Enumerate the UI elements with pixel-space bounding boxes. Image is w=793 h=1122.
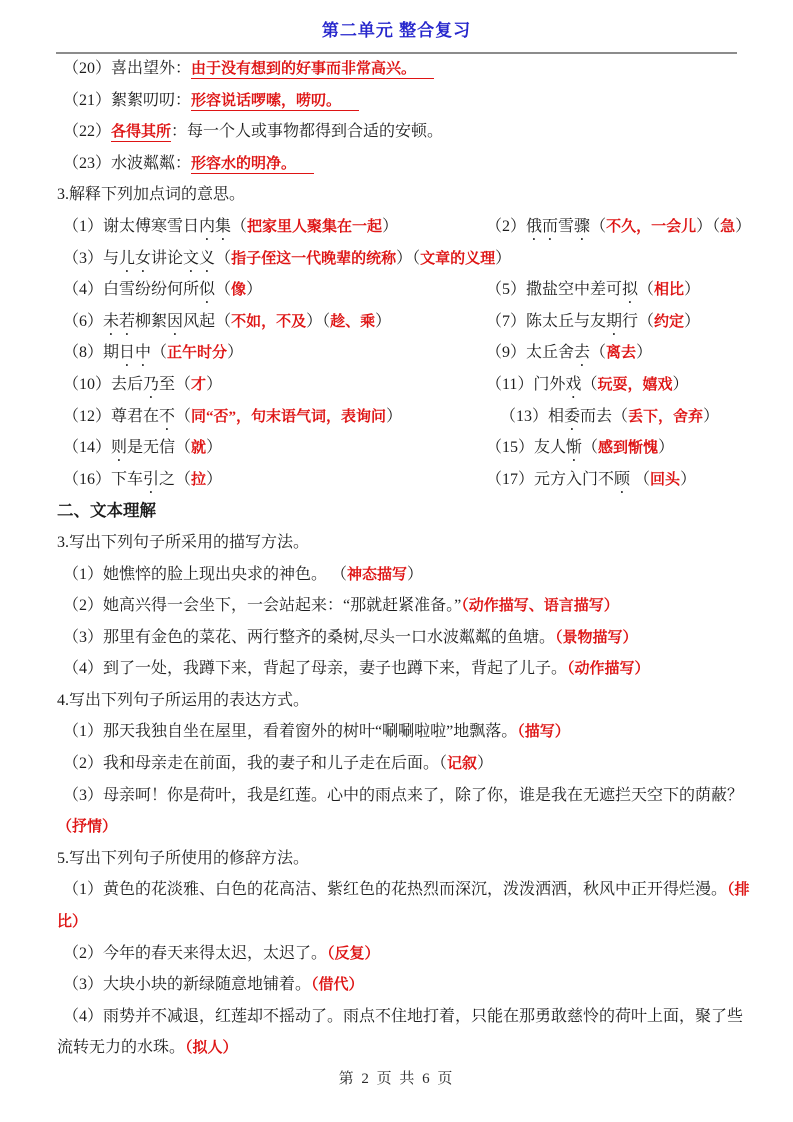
text-run: 柳絮 <box>135 313 167 330</box>
answer-text: 神态描写 <box>347 567 407 583</box>
text-run: （7）陈太丘与友 <box>486 313 606 330</box>
dotted-word: 拟 <box>622 281 638 298</box>
answer-text: 不久，一会儿 <box>606 219 696 235</box>
text-run: 雪 <box>558 218 574 235</box>
answer-text: （抒情） <box>57 819 117 835</box>
text-run: （15）友人 <box>486 439 566 456</box>
dotted-word: 则 <box>111 439 127 456</box>
text-run: （2）我和母亲走在前面，我的妻子和儿子走在后面。（ <box>63 755 447 772</box>
row-left-cell: （6）未若柳絮因风起（不如，不及）（趁、乘） <box>63 306 486 339</box>
doc-line: （3）母亲呵！你是荷叶，我是红莲。心中的雨点来了，除了你，谁是我在无遮拦天空下的… <box>57 780 736 812</box>
text-run: （ <box>590 218 606 235</box>
answer-definition-underlined: 形容水的明净。 <box>191 156 314 174</box>
text-run: 3.解释下列加点词的意思。 <box>57 186 245 203</box>
doc-line: 5.写出下列句子所使用的修辞方法。 <box>57 843 736 875</box>
text-run: （5）撒盐空中差可 <box>486 281 622 298</box>
text-run: （4）雨势并不减退，红莲却不摇动了。雨点不住地打着，只能在那勇敢慈怜的荷叶上面，… <box>63 1008 743 1025</box>
row-left-cell: （14）则是无信（就） <box>63 432 486 465</box>
text-run: 5.写出下列句子所使用的修辞方法。 <box>57 850 309 867</box>
answer-text: （景物描写） <box>555 630 638 646</box>
doc-line: （3）与儿女讲论文义（指子侄这一代晚辈的统称）（文章的义理） <box>57 243 736 275</box>
text-run: ） <box>658 439 674 456</box>
doc-line: （2）今年的春天来得太迟，太迟了。（反复） <box>57 938 736 970</box>
text-run: （17）元方入门不 <box>486 471 614 488</box>
dotted-word: 惭 <box>566 439 582 456</box>
answer-text: 趁、乘 <box>330 314 375 330</box>
row-right-cell: （13）相委而去（丢下，舍弃） <box>486 401 719 434</box>
answer-definition-underlined: 各得其所 <box>111 124 171 142</box>
answer-text: 丢下，舍弃 <box>628 409 703 425</box>
text-run: 至（ <box>159 376 191 393</box>
dotted-word: 去 <box>574 344 590 361</box>
text-run: ：每一个人或事物都得到合适的安顿。 <box>171 123 443 140</box>
text-run: 流转无力的水珠。 <box>57 1039 185 1056</box>
answer-text: （借代） <box>311 977 364 993</box>
row-right-cell: （15）友人惭（感到惭愧） <box>486 432 674 465</box>
dotted-word: 委 <box>564 408 580 425</box>
two-column-row: （12）尊君在不（同“否”，句末语气词，表询问）（13）相委而去（丢下，舍弃） <box>57 401 736 433</box>
dotted-word: 内集 <box>199 218 231 235</box>
text-run: （3）与 <box>63 250 119 267</box>
doc-line: （3）大块小块的新绿随意地铺着。（借代） <box>57 969 736 1001</box>
dotted-word: 不 <box>159 408 175 425</box>
row-left-cell: （4）白雪纷纷何所似（像） <box>63 274 486 307</box>
text-run: 之（ <box>159 471 191 488</box>
dotted-word: 因 <box>167 313 183 330</box>
text-run: （12）尊君在 <box>63 408 159 425</box>
text-run: 3.写出下列句子所采用的描写方法。 <box>57 534 309 551</box>
text-run: ） <box>227 344 243 361</box>
text-run: （21）絮絮叨叨： <box>63 92 191 109</box>
text-run: ） <box>672 376 688 393</box>
text-run: ） <box>684 281 700 298</box>
document-body: （20）喜出望外：由于没有想到的好事而非常高兴。（21）絮絮叨叨：形容说话啰嗦，… <box>0 50 793 1064</box>
text-run: （ <box>581 376 597 393</box>
answer-text: 约定 <box>654 314 684 330</box>
text-run: （ <box>582 439 598 456</box>
doc-line: 3.解释下列加点词的意思。 <box>57 179 736 211</box>
text-run: 是无信（ <box>127 439 191 456</box>
text-run: （11）门外 <box>486 376 565 393</box>
text-run: （14） <box>63 439 111 456</box>
text-run: ）（ <box>696 218 720 235</box>
two-column-row: （10）去后乃至（才）（11）门外戏（玩耍，嬉戏） <box>57 369 736 401</box>
doc-line: （3）那里有金色的菜花、两行整齐的桑树,尽头一口水波粼粼的鱼塘。（景物描写） <box>57 622 736 654</box>
row-left-cell: （8）期日中（正午时分） <box>63 337 486 370</box>
header-divider <box>56 52 737 54</box>
text-run: （1）她憔悴的脸上现出央求的神色。 （ <box>63 566 347 583</box>
row-left-cell: （12）尊君在不（同“否”，句末语气词，表询问） <box>63 401 486 434</box>
answer-text: 感到惭愧 <box>598 440 658 456</box>
doc-line: （21）絮絮叨叨：形容说话啰嗦，唠叨。 <box>57 85 736 117</box>
text-run: （2）她高兴得一会坐下，一会站起来：“那就赶紧准备。” <box>63 597 461 614</box>
answer-text: 比） <box>57 914 87 930</box>
dotted-word: 日中 <box>119 344 151 361</box>
row-right-cell: （7）陈太丘与友期行（约定） <box>486 306 700 339</box>
text-run: ） <box>206 439 222 456</box>
text-run: （3）那里有金色的菜花、两行整齐的桑树,尽头一口水波粼粼的鱼塘。 <box>63 629 555 646</box>
two-column-row: （16）下车引之（拉）（17）元方入门不顾 （回头） <box>57 464 736 496</box>
answer-text: 才 <box>191 377 206 393</box>
doc-line: （1）黄色的花淡雅、白色的花高洁、紫红色的花热烈而深沉，泼泼洒洒，秋风中正开得烂… <box>57 874 736 906</box>
answer-text: 相比 <box>654 282 684 298</box>
row-left-cell: （16）下车引之（拉） <box>63 464 486 497</box>
row-right-cell: （17）元方入门不顾 （回头） <box>486 464 696 497</box>
answer-text: 离去 <box>606 345 636 361</box>
answer-text: （拟人） <box>185 1040 238 1056</box>
page-footer: 第 2 页 共 6 页 <box>0 1067 793 1088</box>
text-run: （ <box>215 281 231 298</box>
answer-text: 玩耍，嬉戏 <box>597 377 672 393</box>
text-run: （8）期 <box>63 344 119 361</box>
text-run: （2） <box>486 218 526 235</box>
answer-text: 拉 <box>191 472 206 488</box>
row-left-cell: （10）去后乃至（才） <box>63 369 486 402</box>
text-run: （1）那天我独自坐在屋里，看着窗外的树叶“唰唰啦啦”地飘落。 <box>63 723 517 740</box>
section-heading: 二、文本理解 <box>57 495 736 527</box>
answer-text: 正午时分 <box>167 345 227 361</box>
text-run: （3）母亲呵！你是荷叶，我是红莲。心中的雨点来了，除了你，谁是我在无遮拦天空下的… <box>63 787 743 804</box>
document-page: 第二单元 整合复习 （20）喜出望外：由于没有想到的好事而非常高兴。（21）絮絮… <box>0 0 793 1122</box>
text-run: （1）黄色的花淡雅、白色的花高洁、紫红色的花热烈而深沉，泼泼洒洒，秋风中正开得烂… <box>63 881 727 898</box>
text-run: （16）下车 <box>63 471 143 488</box>
row-right-cell: （5）撒盐空中差可拟（相比） <box>486 274 700 307</box>
text-run: 行（ <box>622 313 654 330</box>
answer-text: （描写） <box>517 724 570 740</box>
answer-text: 同“否”，句末语气词，表询问 <box>191 409 386 425</box>
doc-line: （22）各得其所：每一个人或事物都得到合适的安顿。 <box>57 116 736 148</box>
dotted-word: 似 <box>199 281 215 298</box>
text-run: （ <box>638 281 654 298</box>
text-run: （23）水波粼粼： <box>63 155 191 172</box>
text-run: ） <box>246 281 262 298</box>
doc-line: 流转无力的水珠。（拟人） <box>57 1032 736 1064</box>
answer-text: 回头 <box>650 472 680 488</box>
doc-line: （4）到了一处，我蹲下来，背起了母亲，妻子也蹲下来，背起了儿子。（动作描写） <box>57 653 736 685</box>
text-run: ） <box>477 755 493 772</box>
answer-text: 把家里人聚集在一起 <box>247 219 382 235</box>
row-right-cell: （2）俄而雪骤（不久，一会儿）（急） <box>486 211 751 244</box>
answer-text: 文章的义理 <box>420 251 495 267</box>
answer-text: （动作描写） <box>567 661 650 677</box>
answer-text: 不如，不及 <box>231 314 306 330</box>
answer-text: （反复） <box>327 946 380 962</box>
text-run: 4.写出下列句子所运用的表达方式。 <box>57 692 309 709</box>
text-run: （6） <box>63 313 103 330</box>
dotted-word: 骤 <box>574 218 590 235</box>
text-run: （4）白雪纷纷何所 <box>63 281 199 298</box>
answer-text: （动作描写、语言描写） <box>461 598 619 614</box>
text-run: ） <box>407 566 423 583</box>
two-column-row: （1）谢太傅寒雪日内集（把家里人聚集在一起）（2）俄而雪骤（不久，一会儿）（急） <box>57 211 736 243</box>
row-right-cell: （9）太丘舍去（离去） <box>486 337 652 370</box>
text-run: 二、文本理解 <box>57 501 156 520</box>
doc-line: （1）她憔悴的脸上现出央求的神色。 （神态描写） <box>57 559 736 591</box>
dotted-word: 儿女 <box>119 250 151 267</box>
text-run: （1）谢太傅寒雪日 <box>63 218 199 235</box>
answer-text: 急 <box>720 219 735 235</box>
text-run: ） <box>684 313 700 330</box>
answer-text: 记叙 <box>447 756 477 772</box>
dotted-word: 俄而 <box>526 218 558 235</box>
text-run: ） <box>735 218 751 235</box>
text-run: （ <box>175 408 191 425</box>
text-run: （10）去后 <box>63 376 143 393</box>
page-header: 第二单元 整合复习 <box>0 0 793 50</box>
text-run: ） <box>382 218 398 235</box>
doc-line: （23）水波粼粼：形容水的明净。 <box>57 148 736 180</box>
doc-line: （2）她高兴得一会坐下，一会站起来：“那就赶紧准备。”（动作描写、语言描写） <box>57 590 736 622</box>
text-run: ）（ <box>396 250 420 267</box>
answer-text: （排 <box>727 882 750 898</box>
doc-line: （抒情） <box>57 811 736 843</box>
answer-text: 就 <box>191 440 206 456</box>
text-run: 讲论 <box>151 250 183 267</box>
page-title: 第二单元 整合复习 <box>322 21 471 40</box>
text-run: （ <box>630 471 650 488</box>
doc-line: （1）那天我独自坐在屋里，看着窗外的树叶“唰唰啦啦”地飘落。（描写） <box>57 716 736 748</box>
dotted-word: 戏 <box>565 376 581 393</box>
dotted-word: 顾 <box>614 471 630 488</box>
text-run: （4）到了一处，我蹲下来，背起了母亲，妻子也蹲下来，背起了儿子。 <box>63 660 567 677</box>
text-run: （9）太丘舍 <box>486 344 574 361</box>
row-left-cell: （1）谢太傅寒雪日内集（把家里人聚集在一起） <box>63 211 486 244</box>
answer-definition-underlined: 由于没有想到的好事而非常高兴。 <box>191 61 434 79</box>
text-run: ） <box>206 471 222 488</box>
two-column-row: （8）期日中（正午时分）（9）太丘舍去（离去） <box>57 337 736 369</box>
text-run: ） <box>680 471 696 488</box>
text-run: ） <box>495 250 511 267</box>
text-run: ） <box>386 408 402 425</box>
dotted-word: 引 <box>143 471 159 488</box>
text-run: ） <box>636 344 652 361</box>
text-run: （ <box>215 250 231 267</box>
doc-line: （4）雨势并不减退，红莲却不摇动了。雨点不住地打着，只能在那勇敢慈怜的荷叶上面，… <box>57 1001 736 1033</box>
doc-line: （2）我和母亲走在前面，我的妻子和儿子走在后面。（记叙） <box>57 748 736 780</box>
answer-text: 指子侄这一代晚辈的统称 <box>231 251 396 267</box>
text-run: （22） <box>63 123 111 140</box>
doc-line: 3.写出下列句子所采用的描写方法。 <box>57 527 736 559</box>
dotted-word: 文义 <box>183 250 215 267</box>
text-run: 风起（ <box>183 313 231 330</box>
text-run: （3）大块小块的新绿随意地铺着。 <box>63 976 311 993</box>
text-run: （20）喜出望外： <box>63 60 191 77</box>
text-run: 而去（ <box>580 408 628 425</box>
doc-line: （20）喜出望外：由于没有想到的好事而非常高兴。 <box>57 53 736 85</box>
two-column-row: （6）未若柳絮因风起（不如，不及）（趁、乘）（7）陈太丘与友期行（约定） <box>57 306 736 338</box>
text-run: （ <box>231 218 247 235</box>
text-run: （ <box>151 344 167 361</box>
doc-line: 4.写出下列句子所运用的表达方式。 <box>57 685 736 717</box>
text-run: （13）相 <box>500 408 564 425</box>
two-column-row: （4）白雪纷纷何所似（像）（5）撒盐空中差可拟（相比） <box>57 274 736 306</box>
row-right-cell: （11）门外戏（玩耍，嬉戏） <box>486 369 688 402</box>
text-run: ）（ <box>306 313 330 330</box>
text-run: （ <box>590 344 606 361</box>
dotted-word: 未若 <box>103 313 135 330</box>
dotted-word: 乃 <box>143 376 159 393</box>
two-column-row: （14）则是无信（就）（15）友人惭（感到惭愧） <box>57 432 736 464</box>
answer-definition-underlined: 形容说话啰嗦，唠叨。 <box>191 93 359 111</box>
text-run: ） <box>206 376 222 393</box>
answer-text: 像 <box>231 282 246 298</box>
dotted-word: 期 <box>606 313 622 330</box>
text-run: （2）今年的春天来得太迟，太迟了。 <box>63 945 327 962</box>
doc-line: 比） <box>57 906 736 938</box>
text-run: ） <box>375 313 391 330</box>
text-run: ） <box>703 408 719 425</box>
